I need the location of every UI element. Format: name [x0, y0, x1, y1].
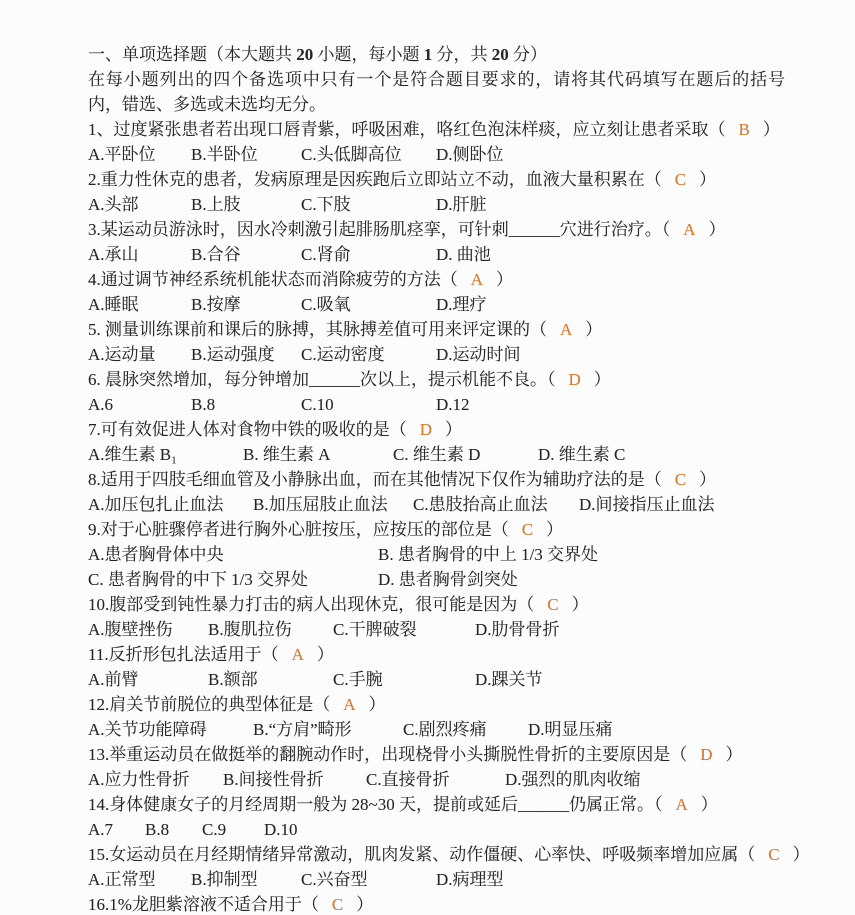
title-text: 分，共 — [432, 45, 492, 64]
question-stem-line: 4.通过调节神经系统机能状态而消除疲劳的方法（A） — [88, 267, 800, 292]
options-wrap: A.运动量B.运动强度C.运动密度D.运动时间 — [88, 342, 800, 367]
option-item: A.患者胸骨体中央 — [88, 542, 378, 567]
options-line: A.加压包扎止血法B.加压屈肢止血法C.患肢抬高止血法D.间接指压止血法 — [88, 492, 800, 517]
options-line: A.睡眠B.按摩C.吸氧D.理疗 — [88, 292, 800, 317]
question-block: 8.适用于四肢毛细血管及小静脉出血，而在其他情况下仅作为辅助疗法的是（C） A.… — [88, 467, 800, 517]
option-item: C.吸氧 — [301, 292, 436, 317]
question-number: 13. — [88, 745, 109, 764]
option-item: B.按摩 — [191, 292, 301, 317]
answer-letter: B — [726, 120, 763, 139]
questions-list: 1、过度紧张患者若出现口唇青紫，呼吸困难，咯红色泡沫样痰，应立刻让患者采取（B）… — [88, 117, 800, 915]
answer-paren-close: ） — [726, 745, 743, 764]
option-item: D.10 — [264, 817, 298, 842]
question-number: 8. — [88, 470, 101, 489]
answer-paren-open: （ — [547, 370, 556, 389]
option-item: C.运动密度 — [301, 342, 436, 367]
option-item: B.额部 — [208, 667, 333, 692]
question-block: 11.反折形包扎法适用于（A） A.前臂B.额部C.手腕D.踝关节 — [88, 642, 800, 692]
question-block: 4.通过调节神经系统机能状态而消除疲劳的方法（A） A.睡眠B.按摩C.吸氧D.… — [88, 267, 800, 317]
question-text: 身体健康女子的月经周期一般为 28~30 天，提前或延后______仍属正常。 — [109, 795, 654, 814]
option-item: D. 维生素 C — [538, 442, 625, 467]
options-wrap: A.加压包扎止血法B.加压屈肢止血法C.患肢抬高止血法D.间接指压止血法 — [88, 492, 800, 517]
answer-letter: A — [670, 220, 708, 239]
answer-letter: D — [407, 420, 445, 439]
option-item: C. 患者胸骨的中下 1/3 交界处 — [88, 567, 378, 592]
answer-paren-open: （ — [517, 595, 534, 614]
option-item: D.间接指压止血法 — [579, 492, 715, 517]
option-item: A.睡眠 — [88, 292, 191, 317]
question-stem-line: 3.某运动员游泳时，因水冷刺激引起腓肠肌痉挛，可针刺______穴进行治疗。（A… — [88, 217, 800, 242]
question-text: 可有效促进人体对食物中铁的吸收的是 — [101, 420, 390, 439]
question-number: 2. — [88, 170, 101, 189]
answer-paren-close: ） — [585, 320, 602, 339]
option-item: A.腹壁挫伤 — [88, 617, 208, 642]
answer-paren-open: （ — [313, 695, 330, 714]
section-title: 一、单项选择题（本大题共 20 小题，每小题 1 分，共 20 分） — [88, 42, 800, 67]
option-item: C.9 — [202, 817, 264, 842]
option-item: C.头低脚高位 — [301, 142, 436, 167]
question-block: 1、过度紧张患者若出现口唇青紫，呼吸困难，咯红色泡沫样痰，应立刻让患者采取（B）… — [88, 117, 800, 167]
options-wrap: A.平卧位B.半卧位C.头低脚高位D.侧卧位 — [88, 142, 800, 167]
question-text: 晨脉突然增加，每分钟增加______次以上，提示机能不良。 — [105, 370, 547, 389]
question-stem-line: 6. 晨脉突然增加，每分钟增加______次以上，提示机能不良。（D） — [88, 367, 800, 392]
option-item: B.加压屈肢止血法 — [253, 492, 413, 517]
option-item: A.6 — [88, 392, 191, 417]
option-item: D. 曲池 — [436, 242, 491, 267]
question-number: 16. — [88, 895, 109, 914]
options-line: A.前臂B.额部C.手腕D.踝关节 — [88, 667, 800, 692]
question-block: 3.某运动员游泳时，因水冷刺激引起腓肠肌痉挛，可针刺______穴进行治疗。（A… — [88, 217, 800, 267]
option-item: C.直接骨折 — [366, 767, 505, 792]
answer-paren-close: ） — [594, 370, 611, 389]
answer-paren-close: ） — [701, 795, 718, 814]
option-item: A.运动量 — [88, 342, 191, 367]
option-item: B.8 — [145, 817, 202, 842]
option-item: B.8 — [191, 392, 301, 417]
answer-paren-open: （ — [262, 645, 279, 664]
options-line: A.维生素 B₁B. 维生素 AC. 维生素 DD. 维生素 C — [88, 442, 800, 467]
option-item: D.踝关节 — [475, 667, 543, 692]
answer-paren-open: （ — [709, 120, 726, 139]
answer-letter: A — [279, 645, 317, 664]
answer-paren-open: （ — [738, 845, 755, 864]
question-block: 6. 晨脉突然增加，每分钟增加______次以上，提示机能不良。（D） A.6B… — [88, 367, 800, 417]
title-text: 小题，每小题 — [313, 45, 424, 64]
question-number: 7. — [88, 420, 101, 439]
answer-paren-open: （ — [662, 220, 671, 239]
question-stem-line: 10.腹部受到钝性暴力打击的病人出现休克，很可能是因为（C） — [88, 592, 800, 617]
options-line: A.腹壁挫伤B.腹肌拉伤C.干脾破裂D.肋骨骨折 — [88, 617, 800, 642]
answer-paren-close: ） — [546, 520, 563, 539]
question-stem-line: 16.1%龙胆紫溶液不适合用于（C） — [88, 892, 800, 915]
question-block: 15.女运动员在月经期情绪异常激动，肌肉发紧、动作僵硬、心率快、呼吸频率增加应属… — [88, 842, 800, 892]
title-number: 20 — [296, 45, 313, 64]
question-block: 7.可有效促进人体对食物中铁的吸收的是（D） A.维生素 B₁B. 维生素 AC… — [88, 417, 800, 467]
question-text: 举重运动员在做挺举的翻腕动作时，出现桡骨小头撕脱性骨折的主要原因是 — [109, 745, 670, 764]
option-item: C.10 — [301, 392, 436, 417]
option-item: D.强烈的肌肉收缩 — [505, 767, 641, 792]
question-number: 1、 — [88, 120, 114, 139]
question-stem-line: 9.对于心脏骤停者进行胸外心脏按压，应按压的部位是（C） — [88, 517, 800, 542]
question-block: 9.对于心脏骤停者进行胸外心脏按压，应按压的部位是（C） A.患者胸骨体中央B.… — [88, 517, 800, 592]
question-text: 适用于四肢毛细血管及小静脉出血，而在其他情况下仅作为辅助疗法的是 — [101, 470, 645, 489]
options-line: A.应力性骨折B.间接性骨折C.直接骨折D.强烈的肌肉收缩 — [88, 767, 800, 792]
question-block: 5. 测量训练课前和课后的脉搏，其脉搏差值可用来评定课的（A） A.运动量B.运… — [88, 317, 800, 367]
title-number: 20 — [492, 45, 509, 64]
question-stem-line: 14.身体健康女子的月经周期一般为 28~30 天，提前或延后______仍属正… — [88, 792, 800, 817]
question-text: 反折形包扎法适用于 — [109, 645, 262, 664]
question-stem-line: 15.女运动员在月经期情绪异常激动，肌肉发紧、动作僵硬、心率快、呼吸频率增加应属… — [88, 842, 800, 867]
question-number: 14. — [88, 795, 109, 814]
option-item: D.理疗 — [436, 292, 487, 317]
question-number: 9. — [88, 520, 101, 539]
answer-paren-close: ） — [699, 470, 716, 489]
instructions: 在每小题列出的四个备选项中只有一个是符合题目要求的，请将其代码填写在题后的括号 … — [88, 67, 800, 117]
question-number: 10. — [88, 595, 109, 614]
question-stem-line: 7.可有效促进人体对食物中铁的吸收的是（D） — [88, 417, 800, 442]
answer-paren-close: ） — [317, 645, 334, 664]
answer-letter: A — [662, 795, 700, 814]
answer-paren-close: ） — [793, 845, 810, 864]
options-wrap: A.承山B.合谷C.肾俞D. 曲池 — [88, 242, 800, 267]
question-stem-line: 12.肩关节前脱位的典型体征是（A） — [88, 692, 800, 717]
question-block: 16.1%龙胆紫溶液不适合用于（C） — [88, 892, 800, 915]
options-wrap: A.前臂B.额部C.手腕D.踝关节 — [88, 667, 800, 692]
options-wrap: A.关节功能障碍B.“方肩”畸形C.剧烈疼痛D.明显压痛 — [88, 717, 800, 742]
question-number: 4. — [88, 270, 101, 289]
options-line: A.承山B.合谷C.肾俞D. 曲池 — [88, 242, 800, 267]
option-item: D.运动时间 — [436, 342, 521, 367]
options-wrap: A.正常型B.抑制型C.兴奋型D.病理型 — [88, 867, 800, 892]
question-block: 13.举重运动员在做挺举的翻腕动作时，出现桡骨小头撕脱性骨折的主要原因是（D） … — [88, 742, 800, 792]
answer-paren-close: ） — [572, 595, 589, 614]
answer-paren-close: ） — [709, 220, 726, 239]
title-number: 1 — [424, 45, 433, 64]
options-line: C. 患者胸骨的中下 1/3 交界处D. 患者胸骨剑突处 — [88, 567, 800, 592]
answer-paren-open: （ — [492, 520, 509, 539]
option-item: C.患肢抬高止血法 — [413, 492, 579, 517]
question-number: 15. — [88, 845, 109, 864]
option-item: A.承山 — [88, 242, 191, 267]
answer-paren-open: （ — [645, 470, 662, 489]
question-stem-line: 8.适用于四肢毛细血管及小静脉出血，而在其他情况下仅作为辅助疗法的是（C） — [88, 467, 800, 492]
answer-letter: D — [556, 370, 594, 389]
answer-paren-close: ） — [699, 170, 716, 189]
answer-paren-open: （ — [390, 420, 407, 439]
option-item: A.头部 — [88, 192, 191, 217]
answer-paren-open: （ — [441, 270, 458, 289]
answer-letter: A — [458, 270, 496, 289]
options-wrap: A.应力性骨折B.间接性骨折C.直接骨折D.强烈的肌肉收缩 — [88, 767, 800, 792]
answer-letter: C — [319, 895, 356, 914]
option-item: B.腹肌拉伤 — [208, 617, 333, 642]
option-item: B. 患者胸骨的中上 1/3 交界处 — [378, 542, 598, 567]
instructions-line: 在每小题列出的四个备选项中只有一个是符合题目要求的，请将其代码填写在题后的括号 — [88, 67, 785, 92]
option-item: C.兴奋型 — [301, 867, 436, 892]
option-item: B.运动强度 — [191, 342, 301, 367]
option-item: A.关节功能障碍 — [88, 717, 253, 742]
answer-paren-open: （ — [645, 170, 662, 189]
option-item: B.合谷 — [191, 242, 301, 267]
answer-paren-close: ） — [356, 895, 373, 914]
option-item: A.前臂 — [88, 667, 208, 692]
answer-letter: C — [662, 470, 699, 489]
option-item: D.明显压痛 — [528, 717, 613, 742]
option-item: A.应力性骨折 — [88, 767, 223, 792]
question-text: 腹部受到钝性暴力打击的病人出现休克，很可能是因为 — [109, 595, 517, 614]
answer-paren-open: （ — [302, 895, 319, 914]
answer-letter: A — [547, 320, 585, 339]
options-line: A.平卧位B.半卧位C.头低脚高位D.侧卧位 — [88, 142, 800, 167]
option-item: C.手腕 — [333, 667, 475, 692]
option-item: C.剧烈疼痛 — [403, 717, 528, 742]
answer-letter: C — [755, 845, 792, 864]
question-number: 3. — [88, 220, 101, 239]
option-item: D.肋骨骨折 — [475, 617, 560, 642]
question-text: 1%龙胆紫溶液不适合用于 — [109, 895, 302, 914]
options-wrap: A.7B.8C.9D.10 — [88, 817, 800, 842]
option-item: D.侧卧位 — [436, 142, 504, 167]
answer-paren-open: （ — [530, 320, 547, 339]
question-text: 过度紧张患者若出现口唇青紫，呼吸困难，咯红色泡沫样痰，应立刻让患者采取 — [114, 120, 709, 139]
options-line: A.运动量B.运动强度C.运动密度D.运动时间 — [88, 342, 800, 367]
question-block: 12.肩关节前脱位的典型体征是（A） A.关节功能障碍B.“方肩”畸形C.剧烈疼… — [88, 692, 800, 742]
question-number: 5. — [88, 320, 105, 339]
option-item: D.12 — [436, 392, 470, 417]
option-item: A.维生素 B₁ — [88, 442, 243, 467]
option-item: A.7 — [88, 817, 145, 842]
options-wrap: A.腹壁挫伤B.腹肌拉伤C.干脾破裂D.肋骨骨折 — [88, 617, 800, 642]
question-block: 2.重力性休克的患者，发病原理是因疾跑后立即站立不动，血液大量积累在（C） A.… — [88, 167, 800, 217]
question-text: 重力性休克的患者，发病原理是因疾跑后立即站立不动，血液大量积累在 — [101, 170, 645, 189]
options-wrap: A.头部B.上肢C.下肢D.肝脏 — [88, 192, 800, 217]
question-number: 12. — [88, 695, 109, 714]
options-line: A.关节功能障碍B.“方肩”畸形C.剧烈疼痛D.明显压痛 — [88, 717, 800, 742]
question-block: 10.腹部受到钝性暴力打击的病人出现休克，很可能是因为（C） A.腹壁挫伤B.腹… — [88, 592, 800, 642]
options-line: A.正常型B.抑制型C.兴奋型D.病理型 — [88, 867, 800, 892]
option-item: B. 维生素 A — [243, 442, 393, 467]
option-item: C.下肢 — [301, 192, 436, 217]
question-stem-line: 1、过度紧张患者若出现口唇青紫，呼吸困难，咯红色泡沫样痰，应立刻让患者采取（B） — [88, 117, 800, 142]
exam-document: 一、单项选择题（本大题共 20 小题，每小题 1 分，共 20 分） 在每小题列… — [0, 0, 800, 915]
answer-paren-close: ） — [496, 270, 513, 289]
option-item: B.半卧位 — [191, 142, 301, 167]
question-stem-line: 5. 测量训练课前和课后的脉搏，其脉搏差值可用来评定课的（A） — [88, 317, 800, 342]
answer-paren-close: ） — [445, 420, 462, 439]
options-wrap: A.维生素 B₁B. 维生素 AC. 维生素 DD. 维生素 C — [88, 442, 800, 467]
option-item: B.间接性骨折 — [223, 767, 366, 792]
option-item: C. 维生素 D — [393, 442, 538, 467]
option-item: B.抑制型 — [191, 867, 301, 892]
answer-paren-open: （ — [670, 745, 687, 764]
option-item: B.上肢 — [191, 192, 301, 217]
title-text: 一、单项选择题（本大题共 — [88, 45, 296, 64]
options-wrap: A.患者胸骨体中央B. 患者胸骨的中上 1/3 交界处C. 患者胸骨的中下 1/… — [88, 542, 800, 592]
question-text: 通过调节神经系统机能状态而消除疲劳的方法 — [101, 270, 441, 289]
question-stem-line: 13.举重运动员在做挺举的翻腕动作时，出现桡骨小头撕脱性骨折的主要原因是（D） — [88, 742, 800, 767]
answer-paren-close: ） — [369, 695, 386, 714]
option-item: D.病理型 — [436, 867, 504, 892]
options-line: A.头部B.上肢C.下肢D.肝脏 — [88, 192, 800, 217]
question-text: 某运动员游泳时，因水冷刺激引起腓肠肌痉挛，可针刺______穴进行治疗。 — [101, 220, 662, 239]
instructions-line: 内，错选、多选或未选均无分。 — [88, 92, 800, 117]
options-line: A.6B.8C.10D.12 — [88, 392, 800, 417]
options-wrap: A.睡眠B.按摩C.吸氧D.理疗 — [88, 292, 800, 317]
question-number: 11. — [88, 645, 109, 664]
option-item: D. 患者胸骨剑突处 — [378, 567, 518, 592]
question-stem-line: 2.重力性休克的患者，发病原理是因疾跑后立即站立不动，血液大量积累在（C） — [88, 167, 800, 192]
question-text: 对于心脏骤停者进行胸外心脏按压，应按压的部位是 — [101, 520, 492, 539]
answer-letter: D — [687, 745, 725, 764]
answer-letter: C — [509, 520, 546, 539]
question-text: 测量训练课前和课后的脉搏，其脉搏差值可用来评定课的 — [105, 320, 530, 339]
question-stem-line: 11.反折形包扎法适用于（A） — [88, 642, 800, 667]
title-text: 分） — [509, 45, 547, 64]
question-text: 肩关节前脱位的典型体征是 — [109, 695, 313, 714]
option-item: B.“方肩”畸形 — [253, 717, 403, 742]
option-item: A.平卧位 — [88, 142, 191, 167]
options-line: A.7B.8C.9D.10 — [88, 817, 800, 842]
options-line: A.患者胸骨体中央B. 患者胸骨的中上 1/3 交界处 — [88, 542, 800, 567]
question-block: 14.身体健康女子的月经周期一般为 28~30 天，提前或延后______仍属正… — [88, 792, 800, 842]
answer-letter: C — [534, 595, 571, 614]
option-item: A.正常型 — [88, 867, 191, 892]
options-wrap: A.6B.8C.10D.12 — [88, 392, 800, 417]
answer-letter: C — [662, 170, 699, 189]
option-item: D.肝脏 — [436, 192, 487, 217]
option-item: A.加压包扎止血法 — [88, 492, 253, 517]
option-item: C.干脾破裂 — [333, 617, 475, 642]
question-text: 女运动员在月经期情绪异常激动，肌肉发紧、动作僵硬、心率快、呼吸频率增加应属 — [109, 845, 738, 864]
option-item: C.肾俞 — [301, 242, 436, 267]
answer-paren-close: ） — [763, 120, 780, 139]
question-number: 6. — [88, 370, 105, 389]
answer-letter: A — [330, 695, 368, 714]
